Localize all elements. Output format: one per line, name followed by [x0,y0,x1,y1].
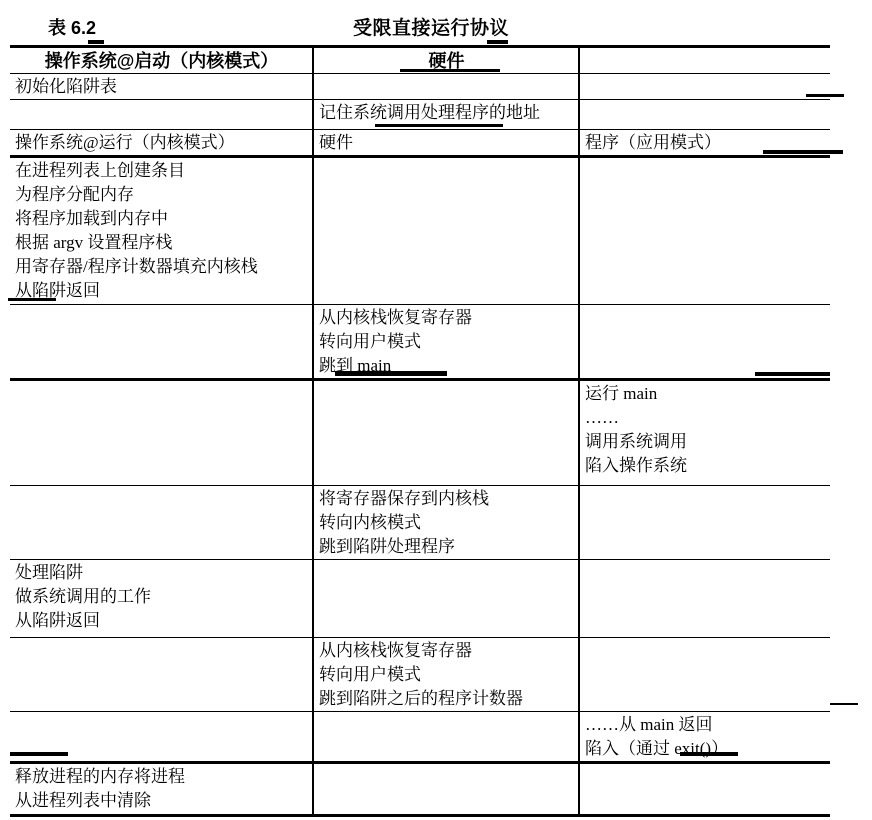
cell-hardware [313,157,579,305]
scan-artifact [375,124,503,127]
scan-artifact [680,752,738,756]
header-empty [579,47,830,74]
cell-line: 从陷阱返回 [15,279,308,303]
cell-os [10,305,313,380]
cell-hardware-header: 硬件 [313,130,579,157]
cell-line: …… [585,406,826,430]
table-title: 受限直接运行协议 [353,13,509,40]
cell-program [579,74,830,100]
cell-program [579,638,830,712]
cell-line: 从内核栈恢复寄存器 [319,306,574,330]
cell-os: 处理陷阱 做系统调用的工作 从陷阱返回 [10,560,313,638]
cell-line: 跳到陷阱之后的程序计数器 [319,687,574,711]
cell-line: 将程序加载到内存中 [15,207,308,231]
cell-line: 从陷阱返回 [15,609,308,633]
scan-artifact [487,40,508,44]
cell-hardware [313,560,579,638]
cell-program [579,157,830,305]
cell-line: 转向用户模式 [319,663,574,687]
cell-hardware [313,380,579,486]
cell-line: 用寄存器/程序计数器填充内核栈 [15,255,308,279]
cell-line: 在进程列表上创建条目 [15,159,308,183]
cell-program [579,560,830,638]
scan-artifact [806,94,844,97]
scan-gap [36,702,184,706]
cell-os [10,486,313,560]
cell-program: 运行 main …… 调用系统调用 陷入操作系统 [579,380,830,486]
cell-line: 调用系统调用 [585,430,826,454]
cell-line: 陷入（通过 exit()） [585,737,826,761]
cell-line: 陷入操作系统 [585,454,826,478]
cell-line: 操作系统@运行（内核模式） [15,131,308,155]
scan-artifact [10,752,68,756]
scanned-book-page: 表 6.2 受限直接运行协议 操作系统@启动（内核模式） 硬件 初始化陷阱表 记… [0,0,872,820]
cell-os: 释放进程的内存将进程 从进程列表中清除 [10,763,313,816]
cell-program [579,100,830,130]
cell-hardware: 从内核栈恢复寄存器 转向用户模式 跳到 main [313,305,579,380]
cell-line: 释放进程的内存将进程 [15,765,308,789]
cell-os-run-header: 操作系统@运行（内核模式） [10,130,313,157]
cell-program [579,763,830,816]
scan-artifact [763,150,843,154]
cell-hardware: 将寄存器保存到内核栈 转向内核模式 跳到陷阱处理程序 [313,486,579,560]
table-row: 从内核栈恢复寄存器 转向用户模式 跳到 main [10,305,830,380]
table-number: 表 6.2 [48,14,96,40]
cell-line: 跳到陷阱处理程序 [319,535,574,559]
table-row: 处理陷阱 做系统调用的工作 从陷阱返回 [10,560,830,638]
cell-line: 转向用户模式 [319,330,574,354]
cell-line: 记住系统调用处理程序的地址 [319,101,574,125]
table-row: 释放进程的内存将进程 从进程列表中清除 [10,763,830,816]
table-row: 初始化陷阱表 [10,74,830,100]
cell-line: 硬件 [319,131,574,155]
cell-hardware [313,763,579,816]
cell-line: 做系统调用的工作 [15,585,308,609]
cell-os [10,638,313,712]
header-os-boot: 操作系统@启动（内核模式） [10,47,313,74]
cell-line: ……从 main 返回 [585,713,826,737]
scan-artifact [88,40,104,44]
cell-line: 从进程列表中清除 [15,789,308,813]
cell-line: 处理陷阱 [15,561,308,585]
table-row: 在进程列表上创建条目 为程序分配内存 将程序加载到内存中 根据 argv 设置程… [10,157,830,305]
scan-artifact [830,703,858,705]
cell-line: 从内核栈恢复寄存器 [319,639,574,663]
cell-hardware [313,712,579,763]
cell-program [579,486,830,560]
cell-line: 将寄存器保存到内核栈 [319,487,574,511]
table-subheader-row: 操作系统@运行（内核模式） 硬件 程序（应用模式） [10,130,830,157]
scan-artifact [400,69,500,72]
scan-artifact [335,371,447,376]
cell-os [10,100,313,130]
cell-line: 初始化陷阱表 [15,75,308,99]
cell-line: 运行 main [585,382,826,406]
cell-line: 根据 argv 设置程序栈 [15,231,308,255]
cell-os [10,380,313,486]
cell-line: 为程序分配内存 [15,183,308,207]
table-row: 将寄存器保存到内核栈 转向内核模式 跳到陷阱处理程序 [10,486,830,560]
cell-program [579,305,830,380]
cell-line: 转向内核模式 [319,511,574,535]
scan-artifact [755,372,830,376]
table-row: 运行 main …… 调用系统调用 陷入操作系统 [10,380,830,486]
header-os-boot-label: 操作系统@启动（内核模式） [15,50,308,73]
cell-os: 初始化陷阱表 [10,74,313,100]
cell-hardware: 从内核栈恢复寄存器 转向用户模式 跳到陷阱之后的程序计数器 [313,638,579,712]
cell-hardware [313,74,579,100]
scan-artifact [8,298,56,301]
table-row: 从内核栈恢复寄存器 转向用户模式 跳到陷阱之后的程序计数器 [10,638,830,712]
cell-os: 在进程列表上创建条目 为程序分配内存 将程序加载到内存中 根据 argv 设置程… [10,157,313,305]
